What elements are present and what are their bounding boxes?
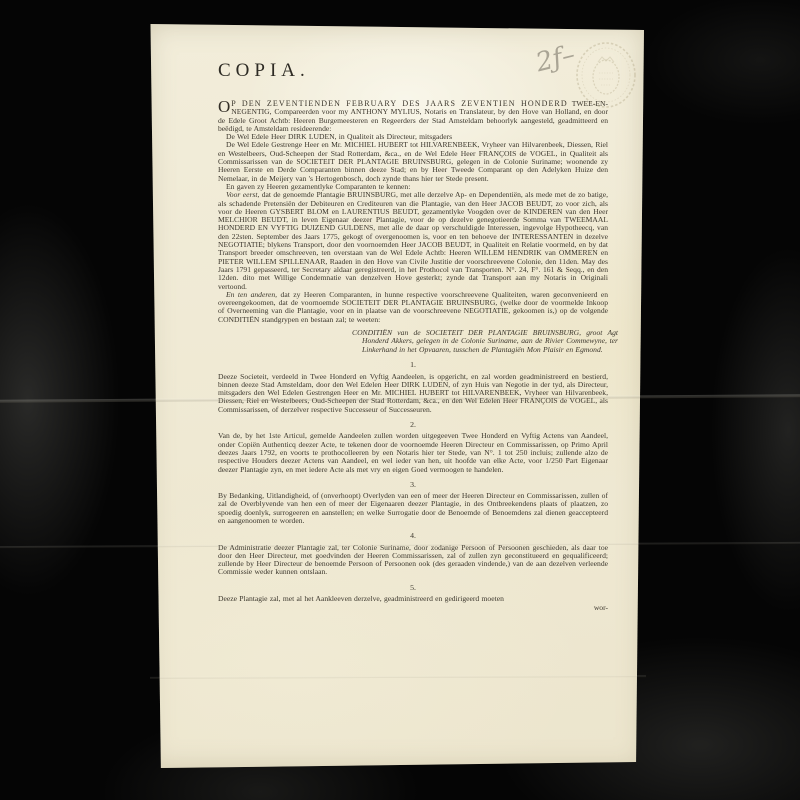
- document-paper: COPIA. 2ƒ– O P DEN ZEVENTIENDEN FEBRUARY…: [148, 24, 644, 768]
- paragraph-voor-eerst: Voor eerst, dat de genoemde Plantagie BR…: [218, 191, 608, 291]
- section-number-3: 3.: [218, 481, 608, 489]
- section-number-2: 2.: [218, 421, 608, 429]
- section-paragraph-2: Van de, by het 1ste Articul, gemelde Aan…: [218, 432, 608, 473]
- section-paragraph-5: Deeze Plantagie zal, met al het Aankleev…: [218, 595, 608, 603]
- ten-anderen-text: dat zy Heeren Comparanten, in hunne resp…: [218, 290, 608, 324]
- catchword: wor-: [218, 604, 608, 612]
- section-number-4: 4.: [218, 532, 608, 540]
- section-paragraph-4: De Administratie deezer Plantagie zal, t…: [218, 544, 608, 577]
- section-paragraph-3: By Bedanking, Uitlandigheid, of (onverho…: [218, 492, 608, 525]
- intro-paragraph: O P DEN ZEVENTIENDEN FEBRUARY DES JAARS …: [218, 100, 608, 133]
- conditions-block: CONDITIËN van de SOCIETEIT DER PLANTAGIE…: [352, 329, 618, 354]
- voor-eerst-text: dat de genoemde Plantagie BRUINSBURG, me…: [218, 190, 608, 290]
- section-number-5: 5.: [218, 584, 608, 592]
- paragraph-ten-anderen: En ten anderen, dat zy Heeren Comparante…: [218, 291, 608, 324]
- document-body: O P DEN ZEVENTIENDEN FEBRUARY DES JAARS …: [218, 100, 608, 612]
- drop-cap: O: [218, 100, 231, 113]
- photo-background: COPIA. 2ƒ– O P DEN ZEVENTIENDEN FEBRUARY…: [0, 0, 800, 800]
- paragraph-comparant-2: De Wel Edele Gestrenge Heer en Mr. MICHI…: [218, 141, 608, 182]
- section-number-1: 1.: [218, 361, 608, 369]
- document-title: COPIA.: [218, 60, 310, 82]
- section-paragraph-1: Deeze Societeit, verdeeld in Twee Honder…: [218, 373, 608, 414]
- handwritten-mark: 2ƒ–: [533, 40, 578, 79]
